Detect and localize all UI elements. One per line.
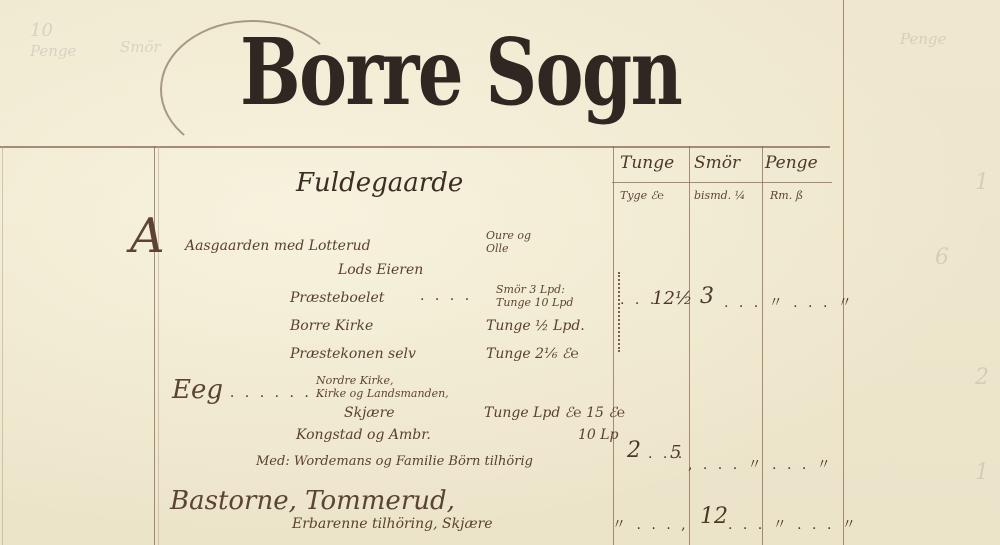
manuscript-page: 10 Smör Penge Penge 1 6 2 1 Borre Sogn F… (0, 0, 1000, 545)
entry-borre-kirke: Borre Kirke (290, 318, 373, 334)
leader-dots: . . . 〃 . . . 〃 (728, 514, 859, 534)
entry-borre-kirke-value: Tunge ½ Lpd. (486, 318, 585, 334)
entry-aasgaarden: A (130, 208, 165, 264)
column-divider-smor (689, 146, 690, 545)
note-line: Nordre Kirke, (316, 374, 449, 387)
column-sub-penge: Rm. ß (770, 189, 803, 202)
column-header-rule (612, 182, 832, 183)
column-sub-smor: bismd. ¼ (694, 189, 745, 202)
entry-praesteboelet-note: Smör 3 Lpd: Tunge 10 Lpd (496, 283, 573, 309)
note-line: Olle (486, 242, 531, 255)
entry-praesteboelet: Præsteboelet (290, 290, 384, 306)
right-margin-line (843, 0, 844, 545)
amount-smor-row3: 12 (700, 504, 728, 529)
ditto-mark: 〃 (773, 517, 790, 533)
left-margin-line-2 (158, 146, 159, 545)
entry-aasgaarden-note: Oure og Olle (486, 229, 531, 255)
bleed-through-page-number: 10 (30, 20, 53, 41)
column-header-penge: Penge (765, 153, 818, 173)
leader-dots: . . . 〃 . . . 〃 (724, 292, 855, 312)
entry-praestekonen: Præstekonen selv (290, 346, 416, 362)
leader-dots: , . . . 〃 . . . 〃 (688, 454, 834, 474)
amount-tunge-row1: 12½ (652, 288, 692, 309)
entry-aasgaarden-label: Aasgaarden med Lotterud (185, 238, 371, 254)
entry-praestekonen-value: Tunge 2⅙ ℰ℮ (486, 346, 579, 363)
column-header-smor: Smör (694, 153, 740, 173)
note-line: Smör 3 Lpd: (496, 283, 573, 296)
bleed-through-right-6: 6 (935, 245, 949, 270)
leader-dots: . . . . . . . . (215, 385, 327, 401)
entry-kongstad-value: 10 Lp (578, 427, 619, 443)
bleed-through-right-1: 1 (975, 170, 989, 195)
entry-skjaere: Skjære (344, 405, 395, 421)
amount-smor-row1: 3 (700, 284, 714, 309)
entry-skjaere-value: Tunge Lpd ℰ℮ 15 ℰ℮ (484, 405, 625, 422)
ditto-mark: 〃 (817, 457, 834, 473)
entry-lods-eieren: Lods Eieren (338, 262, 423, 278)
ditto-mark: 〃 (842, 517, 859, 533)
ditto-mark: 〃 (748, 457, 765, 473)
section-heading: Fuldegaarde (296, 168, 463, 198)
ditto-mark: 〃 (838, 295, 855, 311)
leader-dots: . . . . (420, 288, 472, 304)
entry-wordemans: Med: Wordemans og Familie Börn tilhörig (256, 454, 533, 469)
entry-erbarenne: Erbarenne tilhöring, Skjære (292, 516, 493, 532)
entry-eeg-note: Nordre Kirke, Kirke og Landsmanden, (316, 374, 449, 400)
page-title: Borre Sogn (240, 18, 681, 126)
column-sub-tunge: Tyge ℰ℮ (620, 189, 664, 202)
amount-tunge-row2: 2 (627, 438, 641, 463)
note-line: Oure og (486, 229, 531, 242)
far-left-faint-line (2, 146, 3, 545)
bleed-through-penge: Penge (30, 42, 76, 60)
note-line: Tunge 10 Lpd (496, 296, 573, 309)
left-margin-line (154, 146, 155, 545)
ditto-mark: 〃 (612, 517, 629, 533)
decorative-initial: A (130, 208, 165, 264)
grouping-brace (612, 272, 620, 352)
column-header-tunge: Tunge (620, 153, 674, 173)
entry-kongstad: Kongstad og Ambr. (296, 427, 431, 443)
entry-bastorne-label: Bastorne, Tommerud, (170, 486, 455, 516)
entry-bastorne: Bastorne, Tommerud, (170, 486, 455, 516)
ditto-mark: 〃 (769, 295, 786, 311)
bleed-through-right-1b: 1 (975, 460, 989, 485)
note-line: Kirke og Landsmanden, (316, 387, 449, 400)
leader-dots: 〃 . . . , (612, 514, 689, 534)
header-rule (0, 146, 830, 148)
amount-smor-row2: 5 (670, 442, 681, 463)
column-divider-penge (762, 146, 763, 545)
bleed-through-smor: Smör (120, 38, 161, 56)
leader-dots: . . . (620, 292, 657, 308)
bleed-through-right-2: 2 (975, 365, 989, 390)
bleed-through-right-penge: Penge (900, 30, 946, 48)
